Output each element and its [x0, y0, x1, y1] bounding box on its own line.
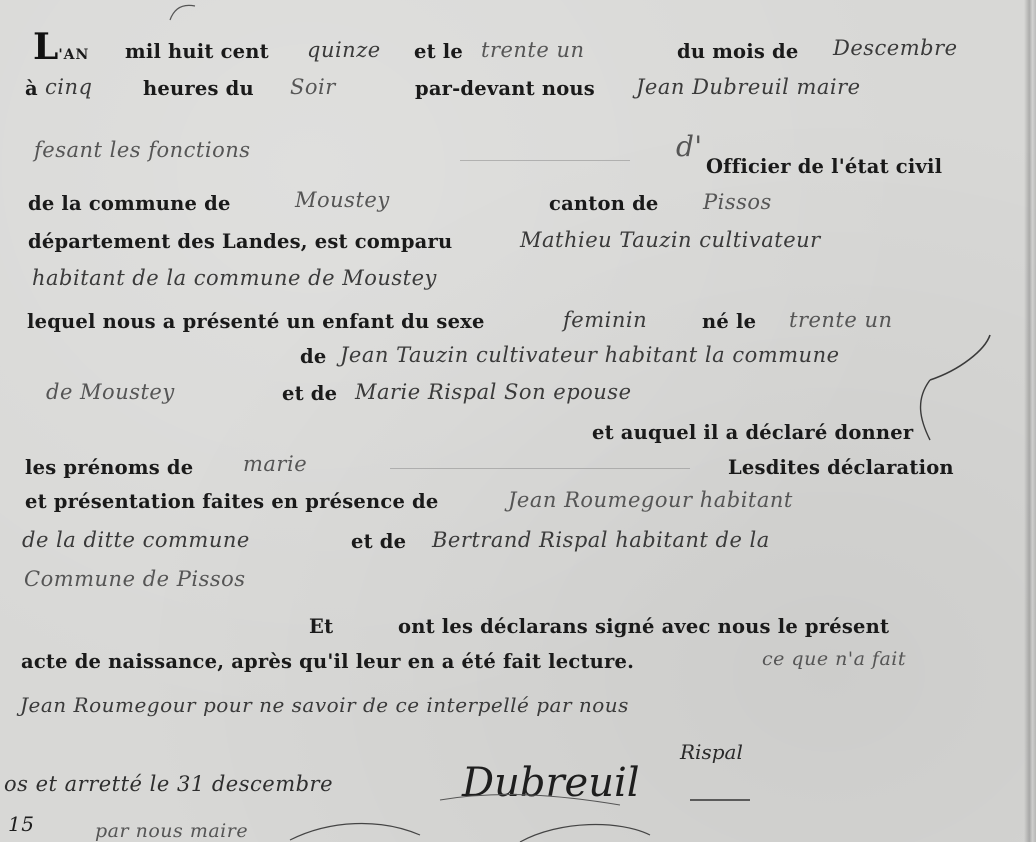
birth-record-page: L'AN mil huit cent quinze et le trente u… — [0, 0, 1036, 842]
ink-flourishes — [0, 0, 1036, 842]
